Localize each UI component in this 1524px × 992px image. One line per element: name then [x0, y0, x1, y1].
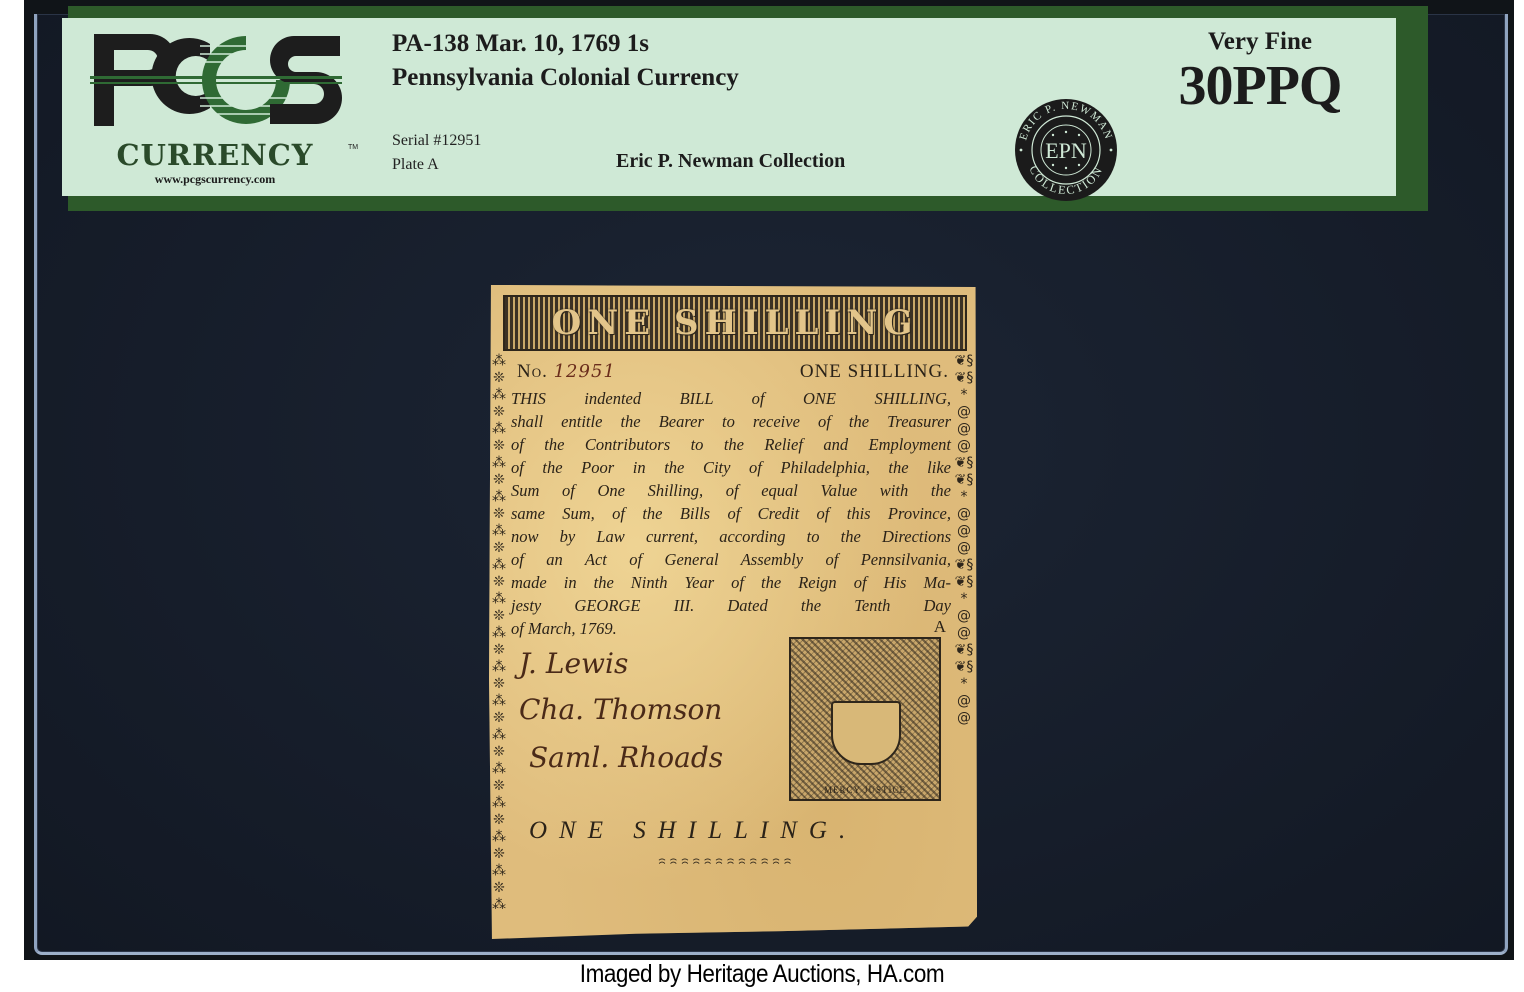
handwritten-number: 12951 [554, 361, 616, 382]
type-line: Pennsylvania Colonial Currency [392, 64, 739, 92]
pcgs-currency-logo: TM CURRENCY www.pcgscurrency.com [80, 26, 350, 186]
pcgs-logo-icon [80, 26, 350, 138]
catalog-line: PA-138 Mar. 10, 1769 1s [392, 30, 649, 58]
logo-subtitle: CURRENCY [80, 138, 350, 172]
body-line: made in the Ninth Year of the Reign of H… [511, 571, 951, 594]
image-credit-caption: Imaged by Heritage Auctions, HA.com [76, 960, 1448, 989]
grade-value: 30PPQ [1150, 54, 1370, 118]
arms-vignette-icon: MERCY JUSTICE [789, 637, 941, 801]
body-line: THIS indented BILL of ONE SHILLING, [511, 387, 951, 410]
body-line: of the Contributors to the Relief and Em… [511, 433, 951, 456]
banknote: ONE SHILLING ⁂❊⁂❊⁂❊⁂❊⁂❊⁂❊⁂❊⁂❊⁂❊⁂❊⁂❊⁂❊⁂❊⁂… [489, 283, 978, 943]
number-label: No. [517, 361, 548, 382]
signature: J. Lewis [519, 647, 628, 680]
note-number-row: No. 12951 ONE SHILLING. [517, 361, 949, 383]
note-plate-letter: A [934, 617, 946, 637]
svg-text:EPN: EPN [1045, 138, 1087, 163]
grade-description: Very Fine [1150, 28, 1370, 56]
note-footer-denomination: ONE SHILLING. [529, 817, 949, 845]
body-line: shall entitle the Bearer to receive of t… [511, 410, 951, 433]
plate-letter-label: Plate A [392, 156, 439, 174]
logo-url: www.pcgscurrency.com [80, 172, 350, 187]
body-line: jesty GEORGE III. Dated the Tenth Day [511, 594, 951, 617]
note-header-text: ONE SHILLING [552, 303, 919, 343]
pedigree: Eric P. Newman Collection [616, 150, 845, 173]
body-line: of an Act of General Assembly of Pennsil… [511, 548, 951, 571]
body-line: now by Law current, according to the Dir… [511, 525, 951, 548]
vignette-motto: MERCY JUSTICE [791, 785, 939, 795]
scroll-ornament-icon: ꩰ ꩰ ꩰ ꩰ ꩰ ꩰ ꩰ ꩰ ꩰ ꩰ ꩰ ꩰ [511, 857, 951, 882]
signature: Saml. Rhoads [529, 741, 723, 774]
body-line: same Sum, of the Bills of Credit of this… [511, 502, 951, 525]
epn-collection-seal-icon: ERIC P. NEWMAN COLLECTION EPN [1013, 97, 1119, 203]
shield-icon [831, 701, 901, 765]
note-body-text: THIS indented BILL of ONE SHILLING, shal… [511, 387, 951, 640]
body-line: of the Poor in the City of Philadelphia,… [511, 456, 951, 479]
serial-number: Serial #12951 [392, 132, 481, 150]
note-header-banner: ONE SHILLING [503, 295, 967, 351]
left-border-ornament-icon: ⁂❊⁂❊⁂❊⁂❊⁂❊⁂❊⁂❊⁂❊⁂❊⁂❊⁂❊⁂❊⁂❊⁂❊⁂❊⁂❊⁂❊⁂❊⁂❊⁂❊ [489, 353, 509, 909]
signature: Cha. Thomson [519, 693, 722, 726]
denomination: ONE SHILLING. [800, 361, 949, 383]
body-line: Sum of One Shilling, of equal Value with… [511, 479, 951, 502]
right-border-ornament-icon: ❦§❦§*@@@❦§❦§*@@@❦§❦§*@@❦§❦§*@@ [954, 353, 974, 909]
